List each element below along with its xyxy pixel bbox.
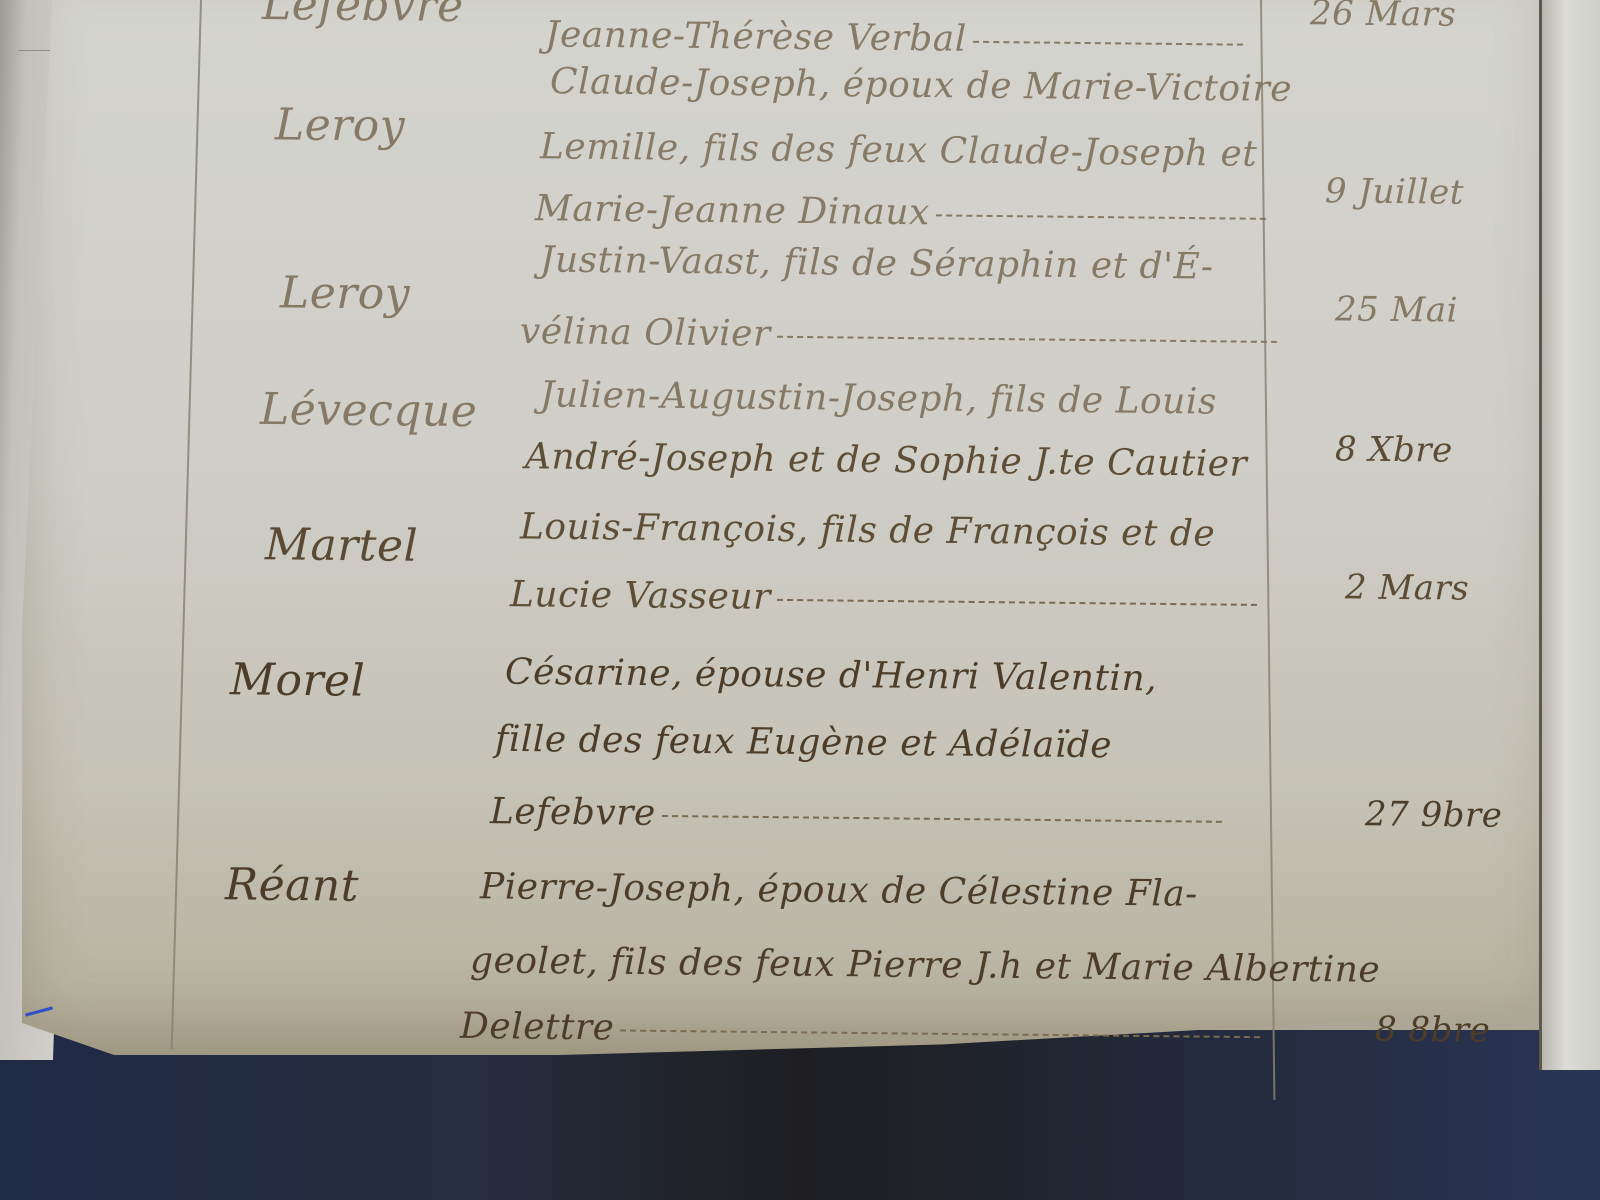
entry-line: Lemille, fils des feux Claude-Joseph et bbox=[540, 126, 1258, 175]
entry-surname: Leroy bbox=[280, 267, 411, 319]
entry-line: fille des feux Eugène et Adélaïde bbox=[495, 719, 1112, 766]
entry-line: Claude-Joseph, époux de Marie-Victoire bbox=[550, 61, 1292, 110]
entry-surname: Réant bbox=[225, 859, 359, 911]
entry-line: Julien-Augustin-Joseph, fils de Louis bbox=[540, 374, 1217, 422]
entry-date: 8 Xbre bbox=[1335, 429, 1453, 470]
entry-date: 27 9bre bbox=[1365, 794, 1503, 835]
photo-scene: Lefebvre Jeanne-Thérèse Verbal 26 Mars L… bbox=[0, 0, 1600, 1200]
entry-date: 9 Juillet bbox=[1325, 171, 1464, 212]
entry-line: Césarine, épouse d'Henri Valentin, bbox=[505, 652, 1157, 700]
entry-surname: Morel bbox=[230, 654, 366, 706]
entry-surname: Lévecque bbox=[260, 384, 478, 437]
entry-line: André-Joseph et de Sophie J.te Cautier bbox=[525, 436, 1248, 485]
entry-line: Lefebvre bbox=[490, 791, 1222, 840]
entry-date: 26 Mars bbox=[1310, 0, 1457, 35]
entry-date: 2 Mars bbox=[1345, 567, 1470, 608]
table-backdrop bbox=[0, 1030, 1600, 1200]
entry-line: Justin-Vaast, fils de Séraphin et d'É- bbox=[540, 239, 1214, 287]
entry-line: Louis-François, fils de François et de bbox=[520, 506, 1216, 554]
entry-surname: Martel bbox=[265, 519, 419, 572]
book-binding-edge bbox=[1539, 0, 1600, 1070]
entry-line: Delettre bbox=[460, 1006, 1261, 1055]
entry-line: vélina Olivier bbox=[520, 311, 1277, 360]
entry-line: Jeanne-Thérèse Verbal bbox=[545, 14, 1243, 62]
entry-line: Lucie Vasseur bbox=[510, 574, 1257, 623]
entry-line: Pierre-Joseph, époux de Célestine Fla- bbox=[480, 866, 1198, 915]
entry-line: Marie-Jeanne Dinaux bbox=[535, 188, 1266, 237]
entry-surname: Lefebvre bbox=[262, 0, 464, 32]
entry-date: 8 8bre bbox=[1375, 1009, 1491, 1050]
entry-surname: Leroy bbox=[275, 99, 406, 151]
entry-date: 25 Mai bbox=[1335, 289, 1458, 330]
